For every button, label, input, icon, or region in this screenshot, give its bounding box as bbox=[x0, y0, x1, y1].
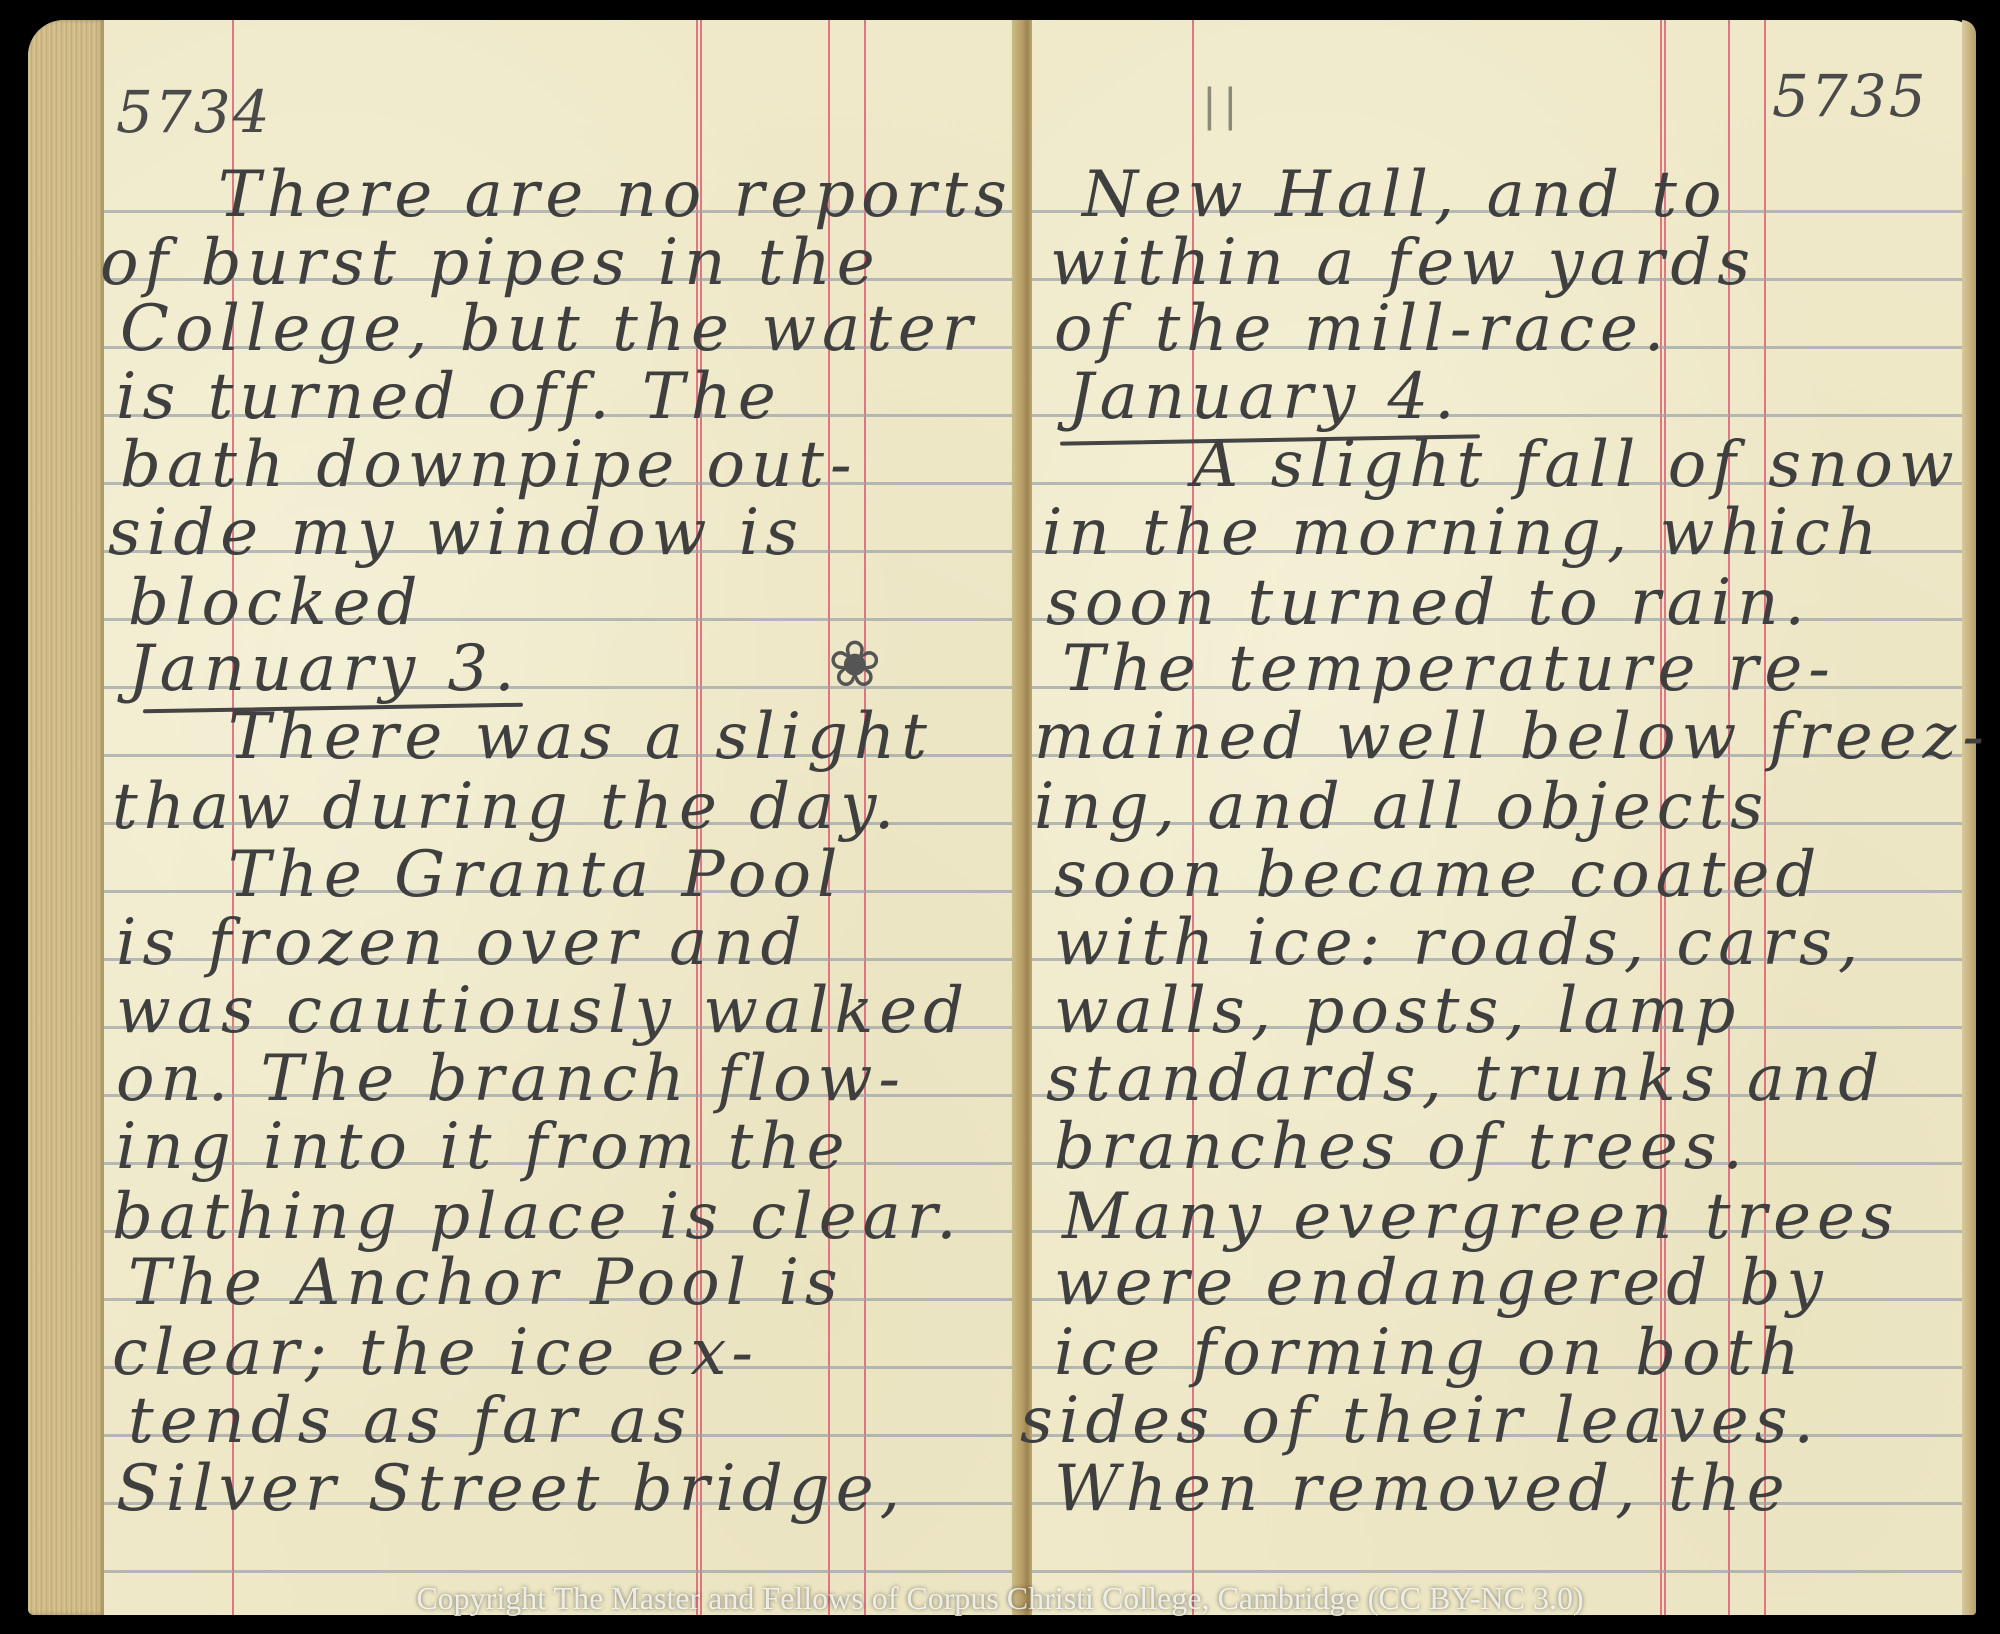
pencil-mark: || bbox=[1202, 80, 1244, 131]
text-line: with ice: roads, cars, bbox=[1054, 906, 1864, 980]
right-page: 5735 || New Hall, and to within a few ya… bbox=[1032, 20, 1976, 1615]
text-line: soon became coated bbox=[1054, 838, 1822, 912]
flower-mark-icon: ❀ bbox=[828, 628, 882, 702]
text-line: The Granta Pool bbox=[228, 838, 843, 912]
text-line: was cautiously walked bbox=[116, 974, 970, 1048]
text-line: ing, and all objects bbox=[1034, 770, 1769, 844]
page-number: 5734 bbox=[116, 78, 272, 146]
text-line: side my window is bbox=[108, 496, 804, 570]
text-line: College, but the water bbox=[120, 292, 978, 366]
left-page: 5734 There are no reports of burst pipes… bbox=[28, 20, 1028, 1615]
text-line: The temperature re- bbox=[1062, 632, 1836, 706]
text-line: in the morning, which bbox=[1042, 496, 1883, 570]
book-spine bbox=[1012, 20, 1034, 1615]
text-line: The Anchor Pool is bbox=[128, 1246, 844, 1320]
date-heading: January 4. bbox=[1068, 360, 1461, 434]
text-line: thaw during the day. bbox=[112, 770, 900, 844]
text-line: sides of their leaves. bbox=[1020, 1384, 1820, 1458]
text-line: A slight fall of snow bbox=[1192, 428, 1960, 502]
text-line: of the mill-race. bbox=[1054, 292, 1670, 366]
text-line: ice forming on both bbox=[1054, 1316, 1806, 1390]
text-line: Silver Street bridge, bbox=[116, 1452, 906, 1526]
text-line: bath downpipe out- bbox=[120, 428, 858, 502]
text-line: ing into it from the bbox=[116, 1110, 850, 1184]
text-line: within a few yards bbox=[1050, 226, 1756, 300]
text-line: of burst pipes in the bbox=[100, 226, 881, 300]
page-edges-right bbox=[1962, 20, 1976, 1615]
ruled-line bbox=[104, 1570, 1014, 1573]
text-line: walls, posts, lamp bbox=[1054, 974, 1741, 1048]
text-line: New Hall, and to bbox=[1082, 158, 1728, 232]
text-line: standards, trunks and bbox=[1046, 1042, 1885, 1116]
text-line: bathing place is clear. bbox=[112, 1180, 963, 1254]
text-line: When removed, the bbox=[1054, 1452, 1791, 1526]
text-line: is frozen over and bbox=[116, 906, 807, 980]
text-line: on. The branch flow- bbox=[116, 1042, 906, 1116]
text-line: is turned off. The bbox=[116, 360, 782, 434]
text-line: There are no reports bbox=[218, 158, 1013, 232]
text-line: clear; the ice ex- bbox=[112, 1316, 759, 1390]
text-line: were endangered by bbox=[1054, 1246, 1829, 1320]
page-number: 5735 bbox=[1772, 62, 1928, 130]
text-line: tends as far as bbox=[128, 1384, 692, 1458]
text-line: soon turned to rain. bbox=[1046, 566, 1811, 640]
ruled-line bbox=[1032, 1570, 1962, 1573]
date-heading: January 3. bbox=[128, 632, 521, 706]
copyright-watermark: Copyright The Master and Fellows of Corp… bbox=[0, 1580, 2000, 1617]
text-line: Many evergreen trees bbox=[1062, 1180, 1900, 1254]
text-line: branches of trees. bbox=[1054, 1110, 1749, 1184]
text-line: mained well below freez- bbox=[1034, 700, 1990, 774]
page-edges-left bbox=[28, 20, 104, 1615]
notebook-spread: 5734 There are no reports of burst pipes… bbox=[28, 20, 1976, 1615]
text-line: There was a slight bbox=[228, 700, 933, 774]
text-line: blocked bbox=[128, 566, 423, 640]
